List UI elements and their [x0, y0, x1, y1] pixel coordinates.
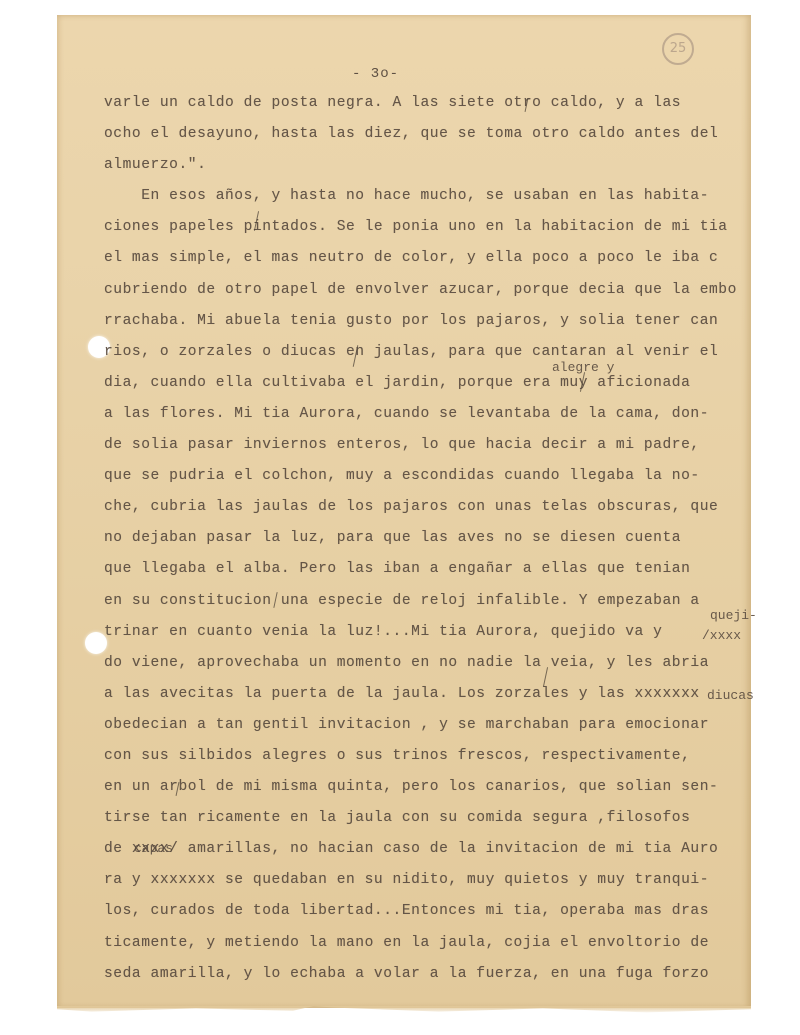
text-line: de xxxx/ amarillas, no hacian caso de la… — [104, 834, 754, 865]
text-line: varle un caldo de posta negra. A las sie… — [104, 88, 754, 119]
text-line: tirse tan ricamente en la jaula con su c… — [104, 803, 754, 834]
text-line: el mas simple, el mas neutro de color, y… — [104, 243, 754, 274]
text-line: en un arbol de mi misma quinta, pero los… — [104, 772, 754, 803]
text-line: rios, o zorzales o diucas en jaulas, par… — [104, 337, 754, 368]
text-line: que se pudria el colchon, muy a escondid… — [104, 461, 754, 492]
text-line: rrachaba. Mi abuela tenia gusto por los … — [104, 306, 754, 337]
text-line: seda amarilla, y lo echaba a volar a la … — [104, 959, 754, 990]
text-line: cubriendo de otro papel de envolver azuc… — [104, 275, 754, 306]
text-line: ra y xxxxxxx se quedaban en su nidito, m… — [104, 865, 754, 896]
text-line: trinar en cuanto venia la luz!...Mi tia … — [104, 617, 754, 648]
text-line: los, curados de toda libertad...Entonces… — [104, 896, 754, 927]
text-line: almuerzo.". — [104, 150, 754, 181]
text-line: ocho el desayuno, hasta las diez, que se… — [104, 119, 754, 150]
correction-diucas: diucas — [707, 688, 754, 703]
text-line: con sus silbidos alegres o sus trinos fr… — [104, 741, 754, 772]
text-line: ticamente, y metiendo la mano en la jaul… — [104, 928, 754, 959]
page-stamp: 25 — [662, 33, 694, 65]
text-line: dia, cuando ella cultivaba el jardin, po… — [104, 368, 754, 399]
correction-queji: queji- — [710, 608, 757, 623]
document-page: 25 - 3o- varle un caldo de posta negra. … — [57, 15, 751, 1008]
text-line: a las avecitas la puerta de la jaula. Lo… — [104, 679, 754, 710]
text-line: En esos años, y hasta no hace mucho, se … — [104, 181, 754, 212]
text-line: ciones papeles pintados. Se le ponia uno… — [104, 212, 754, 243]
text-line: do viene, aprovechaba un momento en no n… — [104, 648, 754, 679]
text-line: obedecian a tan gentil invitacion , y se… — [104, 710, 754, 741]
text-line: de solia pasar inviernos enteros, lo que… — [104, 430, 754, 461]
text-line: a las flores. Mi tia Aurora, cuando se l… — [104, 399, 754, 430]
typed-text-body: varle un caldo de posta negra. A las sie… — [104, 88, 754, 990]
text-line: no dejaban pasar la luz, para que las av… — [104, 523, 754, 554]
text-line: en su constitucion una especie de reloj … — [104, 586, 754, 617]
text-line: che, cubria las jaulas de los pajaros co… — [104, 492, 754, 523]
page-number: - 3o- — [352, 66, 399, 82]
struck-text: /xxxx — [702, 628, 741, 643]
correction-capas: capas — [134, 841, 173, 856]
text-line: que llegaba el alba. Pero las iban a eng… — [104, 554, 754, 585]
